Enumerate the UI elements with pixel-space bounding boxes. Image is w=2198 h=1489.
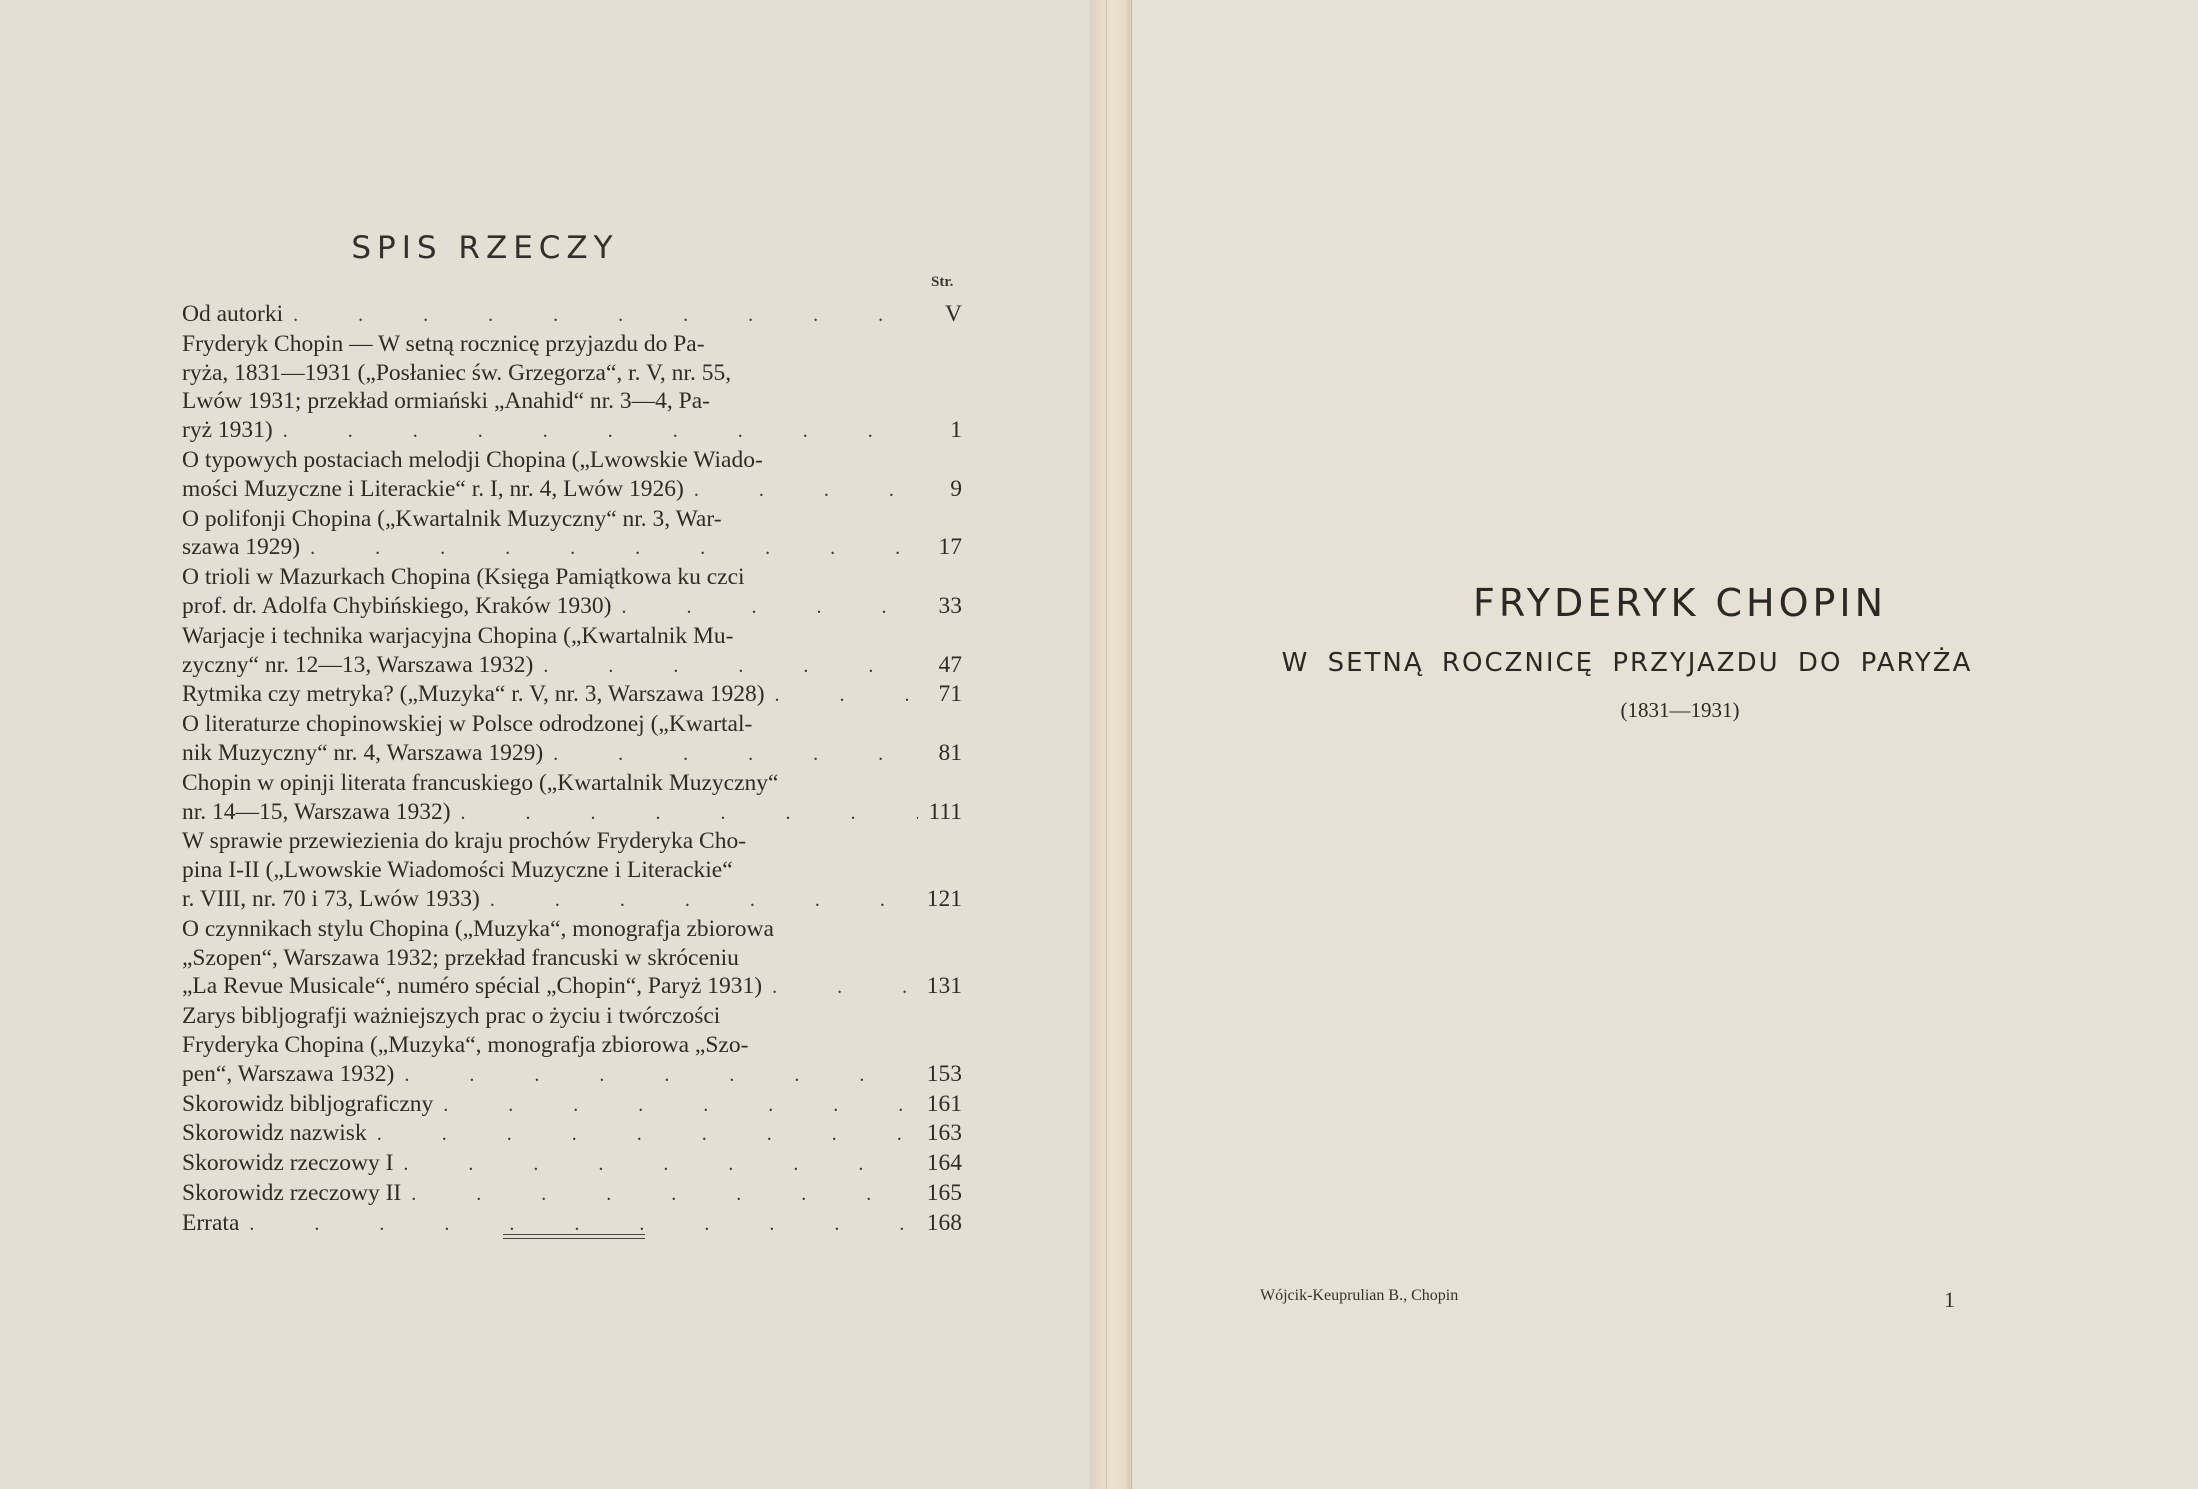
- toc-entry-line: nr. 14—15, Warszawa 1932)111: [228, 798, 962, 828]
- toc-page-number: 168: [918, 1209, 962, 1238]
- toc-page-number: 153: [918, 1060, 962, 1089]
- toc-entry-text: nik Muzyczny“ nr. 4, Warszawa 1929): [228, 739, 543, 768]
- toc-entry-text: Rytmika czy metryka? („Muzyka“ r. V, nr.…: [228, 680, 765, 709]
- book-spine: [1090, 0, 1132, 1489]
- toc-entry-text: Skorowidz rzeczowy I: [228, 1149, 393, 1178]
- right-page: [1132, 0, 2198, 1489]
- toc-entry-line: W sprawie przewiezienia do kraju prochów…: [228, 827, 962, 856]
- toc-entry: Chopin w opinji literata francuskiego („…: [182, 769, 962, 828]
- toc-page-number: 9: [918, 475, 962, 504]
- toc-page-number: 131: [918, 972, 962, 1001]
- toc-entry-text: prof. dr. Adolfa Chybińskiego, Kraków 19…: [228, 592, 611, 621]
- toc-entry: Warjacje i technika warjacyjna Chopina (…: [182, 622, 962, 681]
- dot-leader: [394, 1060, 918, 1090]
- toc-entry-text: nr. 14—15, Warszawa 1932): [228, 798, 451, 827]
- toc-entry-text: zyczny“ nr. 12—13, Warszawa 1932): [228, 651, 533, 680]
- toc-entry-line: O polifonji Chopina („Kwartalnik Muzyczn…: [228, 505, 962, 534]
- toc-page-number: 1: [918, 416, 962, 445]
- toc-entry-line: Skorowidz nazwisk163: [228, 1119, 962, 1149]
- dot-leader: [762, 972, 918, 1002]
- toc-entry-line: szawa 1929)17: [228, 533, 962, 563]
- toc-entry-line: zyczny“ nr. 12—13, Warszawa 1932)47: [228, 651, 962, 681]
- double-rule-divider: [503, 1234, 645, 1239]
- toc-entry: W sprawie przewiezienia do kraju prochów…: [182, 827, 962, 914]
- toc-entry: Skorowidz nazwisk163: [182, 1119, 962, 1149]
- toc-page-number: 71: [918, 680, 962, 709]
- page-column-label: Str.: [931, 274, 953, 291]
- toc-entry: Od autorkiV: [182, 300, 962, 330]
- toc-entry-line: Chopin w opinji literata francuskiego („…: [228, 769, 962, 798]
- dot-leader: [543, 739, 918, 769]
- toc-entry-line: „Szopen“, Warszawa 1932; przekład francu…: [228, 944, 962, 973]
- toc-entry-text: szawa 1929): [228, 533, 300, 562]
- toc-entry: O typowych postaciach melodji Chopina („…: [182, 446, 962, 505]
- toc-entry-text: „La Revue Musicale“, numéro spécial „Cho…: [228, 972, 762, 1001]
- dot-leader: [533, 651, 918, 681]
- dot-leader: [433, 1090, 918, 1120]
- dot-leader: [367, 1119, 918, 1149]
- toc-entry-line: pen“, Warszawa 1932)153: [228, 1060, 962, 1090]
- toc-entry-line: Skorowidz bibljograficzny161: [228, 1090, 962, 1120]
- printer-signature: Wójcik-Keuprulian B., Chopin: [1260, 1287, 1458, 1305]
- toc-entry-line: r. VIII, nr. 70 i 73, Lwów 1933)121: [228, 885, 962, 915]
- dot-leader: [451, 798, 918, 828]
- toc-page-number: V: [918, 300, 962, 329]
- toc-entry-text: Skorowidz rzeczowy II: [228, 1179, 401, 1208]
- dot-leader: [401, 1179, 918, 1209]
- toc-entry-line: pina I-II („Lwowskie Wiadomości Muzyczne…: [228, 856, 962, 885]
- toc-entry-text: r. VIII, nr. 70 i 73, Lwów 1933): [228, 885, 480, 914]
- toc-entry-text: Errata: [228, 1209, 239, 1238]
- toc-entry-text: Skorowidz nazwisk: [228, 1119, 367, 1148]
- toc-page-number: 33: [918, 592, 962, 621]
- toc-title: SPIS RZECZY: [110, 230, 860, 266]
- toc-page-number: 161: [918, 1090, 962, 1119]
- toc-entry-text: Skorowidz bibljograficzny: [228, 1090, 433, 1119]
- toc-page-number: 165: [918, 1179, 962, 1208]
- toc-entry-text: ryż 1931): [228, 416, 273, 445]
- toc-page-number: 47: [918, 651, 962, 680]
- dot-leader: [393, 1149, 918, 1179]
- dot-leader: [765, 680, 918, 710]
- toc-entry: Skorowidz bibljograficzny161: [182, 1090, 962, 1120]
- toc-entry-line: prof. dr. Adolfa Chybińskiego, Kraków 19…: [228, 592, 962, 622]
- toc-entry-line: „La Revue Musicale“, numéro spécial „Cho…: [228, 972, 962, 1002]
- toc-entry-line: Fryderyk Chopin — W setną rocznicę przyj…: [228, 330, 962, 359]
- toc-entry: O trioli w Mazurkach Chopina (Księga Pam…: [182, 563, 962, 622]
- toc-entry-text: pen“, Warszawa 1932): [228, 1060, 394, 1089]
- toc-entry-text: Od autorki: [228, 300, 283, 329]
- toc-page-number: 111: [918, 798, 962, 827]
- toc-entry-line: Skorowidz rzeczowy I164: [228, 1149, 962, 1179]
- toc-entry: O czynnikach stylu Chopina („Muzyka“, mo…: [182, 915, 962, 1002]
- spine-fold-line: [1106, 0, 1107, 1489]
- toc-entry-line: Fryderyka Chopina („Muzyka“, monografja …: [228, 1031, 962, 1060]
- toc-entry-line: Warjacje i technika warjacyjna Chopina (…: [228, 622, 962, 651]
- toc-entry: Rytmika czy metryka? („Muzyka“ r. V, nr.…: [182, 680, 962, 710]
- toc-entry-line: Lwów 1931; przekład ormiański „Anahid“ n…: [228, 387, 962, 416]
- toc-entry: O literaturze chopinowskiej w Polsce odr…: [182, 710, 962, 769]
- toc-entry-line: O typowych postaciach melodji Chopina („…: [228, 446, 962, 475]
- dot-leader: [611, 592, 918, 622]
- toc-entry: Skorowidz rzeczowy I164: [182, 1149, 962, 1179]
- dot-leader: [480, 885, 918, 915]
- toc-entry-line: O trioli w Mazurkach Chopina (Księga Pam…: [228, 563, 962, 592]
- chapter-subtitle: W SETNĄ ROCZNICĘ PRZYJAZDU DO PARYŻA: [1232, 648, 2022, 678]
- chapter-title: FRYDERYK CHOPIN: [1132, 581, 2198, 625]
- dot-leader: [283, 300, 918, 330]
- table-of-contents: Od autorkiVFryderyk Chopin — W setną roc…: [182, 300, 962, 1239]
- toc-entry-line: ryż 1931)1: [228, 416, 962, 446]
- toc-entry: Fryderyk Chopin — W setną rocznicę przyj…: [182, 330, 962, 446]
- toc-entry-line: O literaturze chopinowskiej w Polsce odr…: [228, 710, 962, 739]
- toc-entry-text: mości Muzyczne i Literackie“ r. I, nr. 4…: [228, 475, 684, 504]
- toc-entry-line: mości Muzyczne i Literackie“ r. I, nr. 4…: [228, 475, 962, 505]
- toc-page-number: 121: [918, 885, 962, 914]
- toc-entry-line: Od autorkiV: [228, 300, 962, 330]
- toc-entry: Skorowidz rzeczowy II165: [182, 1179, 962, 1209]
- dot-leader: [300, 533, 918, 563]
- toc-entry-line: Skorowidz rzeczowy II165: [228, 1179, 962, 1209]
- toc-page-number: 81: [918, 739, 962, 768]
- toc-entry-line: ryża, 1831—1931 („Posłaniec św. Grzegorz…: [228, 359, 962, 388]
- toc-entry-line: Rytmika czy metryka? („Muzyka“ r. V, nr.…: [228, 680, 962, 710]
- dot-leader: [273, 416, 918, 446]
- page-number: 1: [1944, 1287, 1955, 1313]
- toc-entry: O polifonji Chopina („Kwartalnik Muzyczn…: [182, 505, 962, 564]
- toc-entry-line: Zarys bibljografji ważniejszych prac o ż…: [228, 1002, 962, 1031]
- toc-entry: Zarys bibljografji ważniejszych prac o ż…: [182, 1002, 962, 1089]
- toc-page-number: 17: [918, 533, 962, 562]
- toc-entry-line: nik Muzyczny“ nr. 4, Warszawa 1929)81: [228, 739, 962, 769]
- toc-page-number: 164: [918, 1149, 962, 1178]
- toc-page-number: 163: [918, 1119, 962, 1148]
- chapter-years: (1831—1931): [1132, 698, 2198, 723]
- toc-entry-line: O czynnikach stylu Chopina („Muzyka“, mo…: [228, 915, 962, 944]
- dot-leader: [684, 475, 918, 505]
